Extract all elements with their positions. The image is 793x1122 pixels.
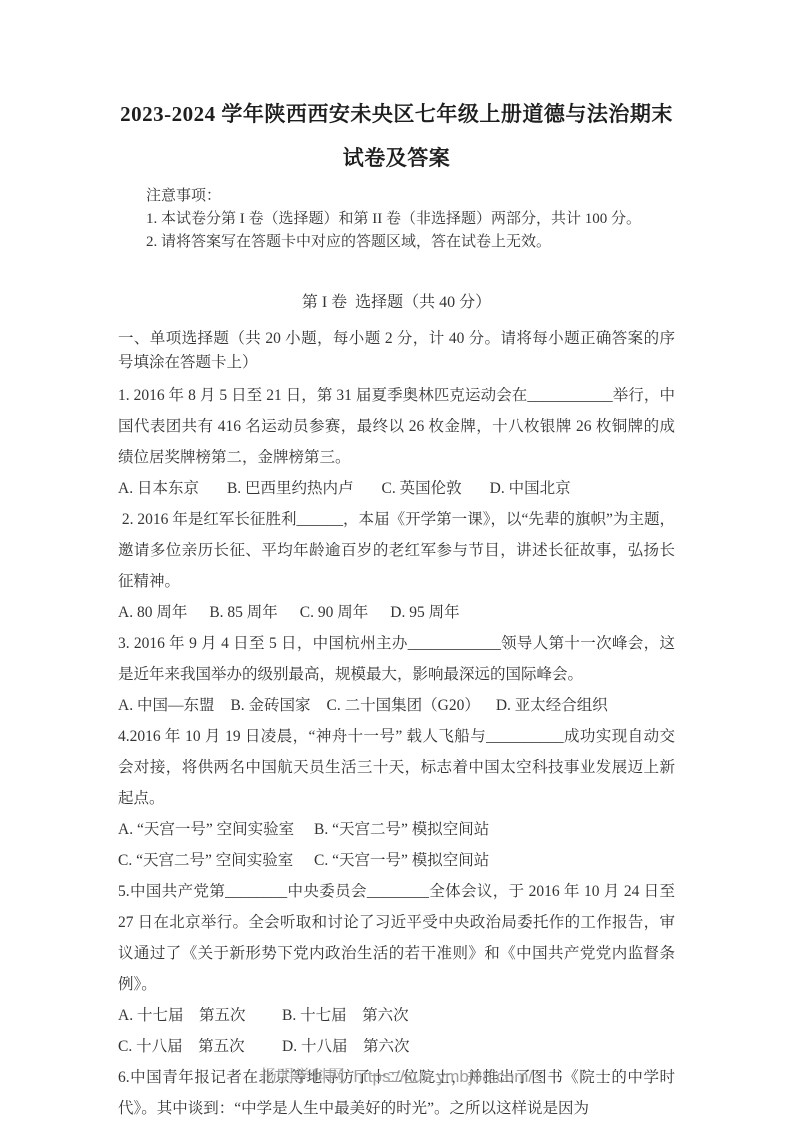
question-option: A. 日本东京	[118, 473, 199, 504]
question-stem: 2. 2016 年是红军长征胜利______，本届《开学第一课》，以“先辈的旗帜…	[118, 504, 675, 597]
question-option: A. “天宫一号” 空间实验室	[118, 814, 314, 845]
option-row: C. 十八届 第五次D. 十八届 第六次	[118, 1031, 675, 1062]
question-option: D. 95 周年	[390, 597, 459, 628]
footer-watermark: 扬明学科网 https://xue.ymbj88.com/	[0, 1062, 793, 1087]
section1-intro: 一、单项选择题（共 20 小题，每小题 2 分，计 40 分。请将每小题正确答案…	[118, 327, 675, 375]
question-option: D. 中国北京	[490, 473, 571, 504]
question-stem: 3. 2016 年 9 月 4 日至 5 日，中国杭州主办___________…	[118, 628, 675, 690]
question-option: C. 90 周年	[300, 597, 368, 628]
question-stem: 4.2016 年 10 月 19 日凌晨，“神舟十一号” 载人飞船与______…	[118, 721, 675, 814]
footer-url: https://xue.ymbj88.com/	[352, 1067, 536, 1086]
option-row: A. 十七届 第五次B. 十七届 第六次	[118, 1000, 675, 1031]
option-row: A. “天宫一号” 空间实验室B. “天宫二号” 模拟空间站	[118, 814, 675, 845]
notice-item-2: 2. 请将答案写在答题卡中对应的答题区域，答在试卷上无效。	[146, 231, 675, 254]
question-option: C. 十八届 第五次	[118, 1031, 282, 1062]
option-row: A. 日本东京B. 巴西里约热内卢C. 英国伦敦D. 中国北京	[118, 473, 675, 504]
page-title-line1: 2023-2024 学年陕西西安未央区七年级上册道德与法治期末	[120, 102, 673, 126]
notice-heading: 注意事项：	[146, 185, 675, 208]
question-option: B. 85 周年	[209, 597, 277, 628]
question-option: A. 80 周年	[118, 597, 187, 628]
section1-heading: 第 I 卷 选择题（共 40 分）	[118, 292, 675, 314]
question-option: C. “天宫一号” 模拟空间站	[314, 845, 489, 876]
question-3: 3. 2016 年 9 月 4 日至 5 日，中国杭州主办___________…	[118, 628, 675, 721]
question-option: B. 十七届 第六次	[282, 1000, 409, 1031]
question-option: B. 巴西里约热内卢	[227, 473, 354, 504]
page-title-line2: 试卷及答案	[343, 146, 451, 170]
question-4: 4.2016 年 10 月 19 日凌晨，“神舟十一号” 载人飞船与______…	[118, 721, 675, 876]
page-title: 2023-2024 学年陕西西安未央区七年级上册道德与法治期末试卷及答案	[118, 92, 675, 180]
question-2: 2. 2016 年是红军长征胜利______，本届《开学第一课》，以“先辈的旗帜…	[118, 504, 675, 628]
option-row: A. 中国—东盟B. 金砖国家C. 二十国集团（G20）D. 亚太经合组织	[118, 690, 675, 721]
question-option: C. “天宫二号” 空间实验室	[118, 845, 314, 876]
question-1: 1. 2016 年 8 月 5 日至 21 日，第 31 届夏季奥林匹克运动会在…	[118, 380, 675, 504]
question-stem: 5.中国共产党第________中央委员会________全体会议，于 2016…	[118, 876, 675, 1000]
question-stem: 1. 2016 年 8 月 5 日至 21 日，第 31 届夏季奥林匹克运动会在…	[118, 380, 675, 473]
page-content: 2023-2024 学年陕西西安未央区七年级上册道德与法治期末试卷及答案 注意事…	[0, 0, 793, 1122]
exam-document-page: 2023-2024 学年陕西西安未央区七年级上册道德与法治期末试卷及答案 注意事…	[0, 0, 793, 1122]
question-5: 5.中国共产党第________中央委员会________全体会议，于 2016…	[118, 876, 675, 1062]
notice-section: 注意事项： 1. 本试卷分第 I 卷（选择题）和第 II 卷（非选择题）两部分，…	[146, 185, 675, 254]
notice-item-1: 1. 本试卷分第 I 卷（选择题）和第 II 卷（非选择题）两部分，共计 100…	[146, 208, 675, 231]
option-row: C. “天宫二号” 空间实验室C. “天宫一号” 模拟空间站	[118, 845, 675, 876]
question-option: B. 金砖国家	[230, 690, 310, 721]
question-option: A. 中国—东盟	[118, 690, 214, 721]
question-option: D. 十八届 第六次	[282, 1031, 409, 1062]
question-list: 1. 2016 年 8 月 5 日至 21 日，第 31 届夏季奥林匹克运动会在…	[118, 380, 675, 1122]
question-option: D. 亚太经合组织	[496, 690, 608, 721]
question-option: B. “天宫二号” 模拟空间站	[314, 814, 489, 845]
question-option: C. 英国伦敦	[382, 473, 462, 504]
question-option: C. 二十国集团（G20）	[327, 690, 480, 721]
footer-site-name: 扬明学科网	[258, 1067, 347, 1086]
option-row: A. 80 周年B. 85 周年C. 90 周年D. 95 周年	[118, 597, 675, 628]
question-option: A. 十七届 第五次	[118, 1000, 282, 1031]
